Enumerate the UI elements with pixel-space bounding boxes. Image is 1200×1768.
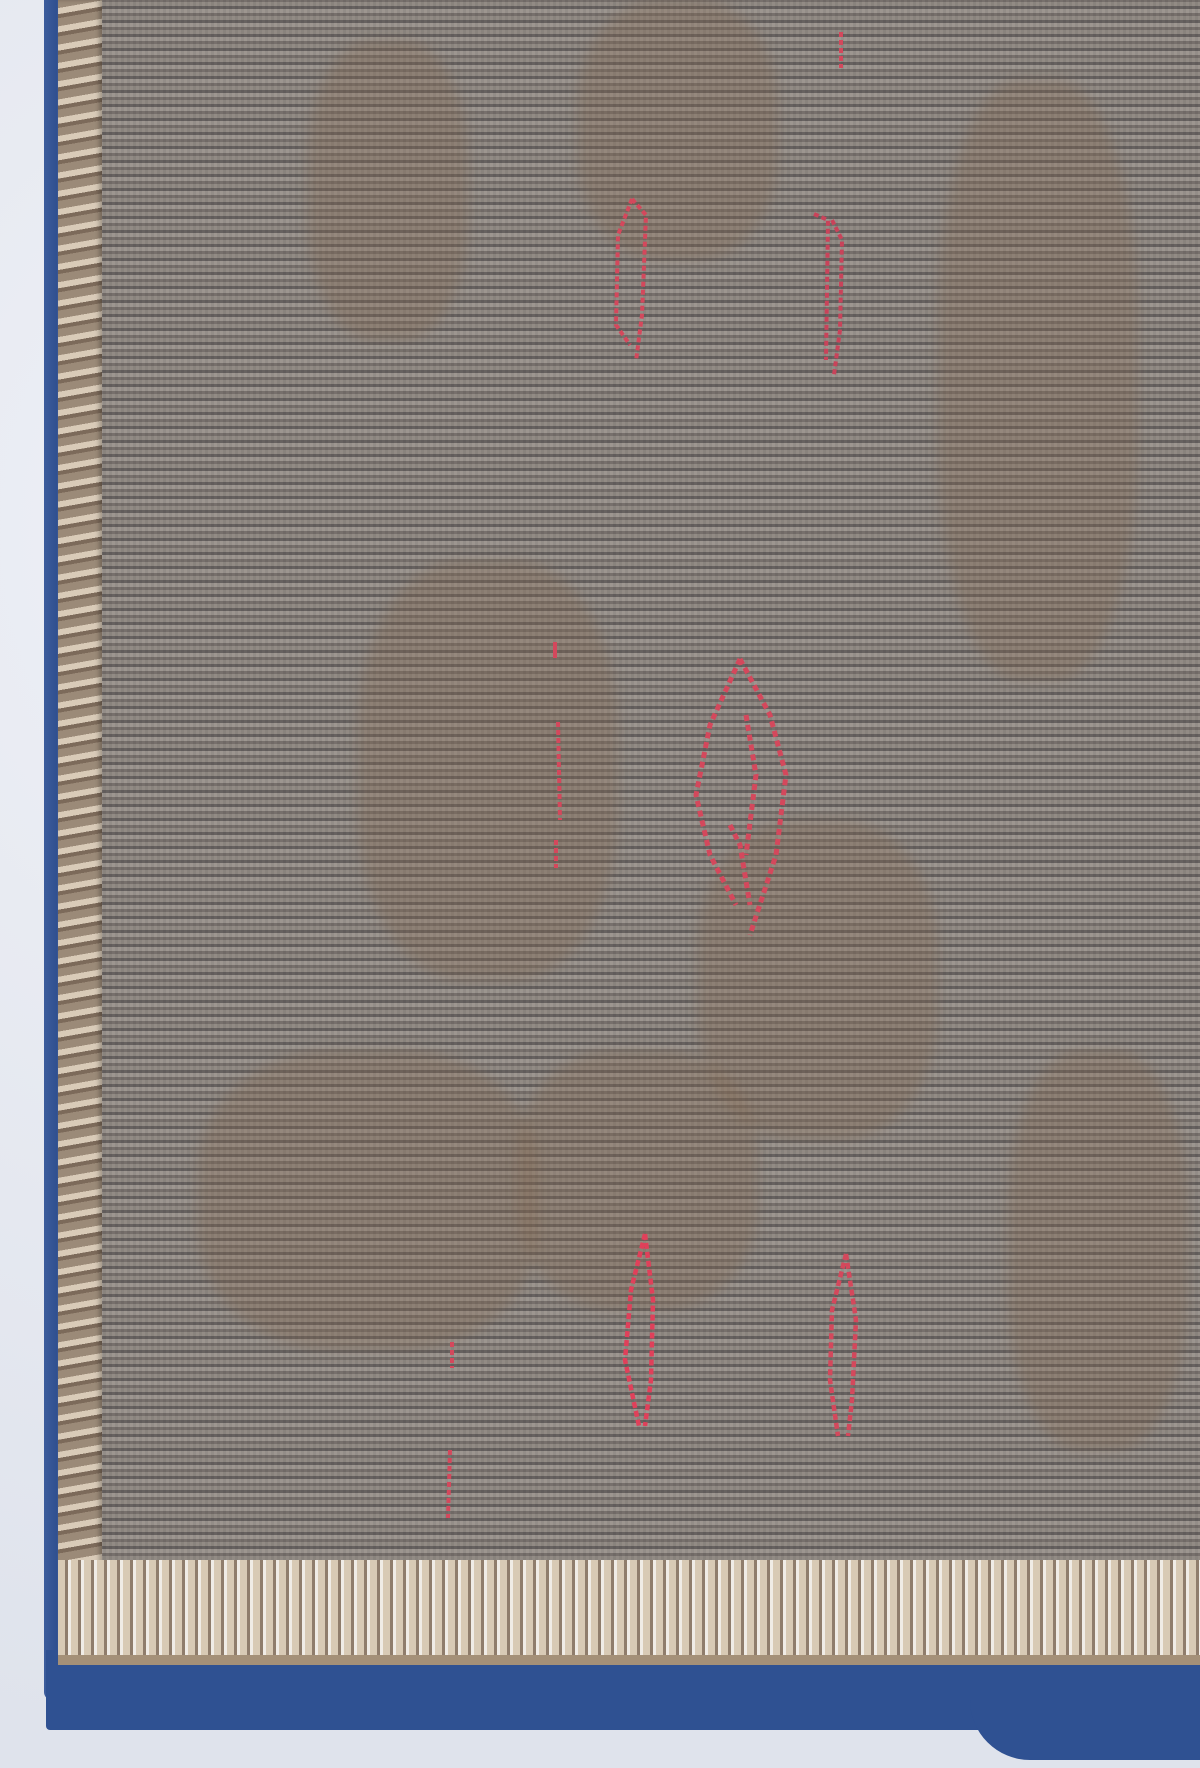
red-dash-motif (548, 720, 568, 870)
brown-pattern-area (578, 0, 778, 260)
rug-selvedge (58, 0, 102, 1665)
red-dash-motif (440, 1340, 460, 1520)
brown-pattern-area (308, 40, 468, 340)
red-dot-motif (836, 30, 846, 70)
brown-pattern-area (358, 560, 618, 980)
brown-pattern-area (938, 80, 1138, 680)
red-lozenge-motif (615, 1230, 665, 1430)
brown-pattern-area (198, 1050, 538, 1350)
red-lozenge-motif (822, 1250, 867, 1440)
red-lozenge-motif (808, 210, 853, 380)
rug-fringe (58, 1560, 1200, 1665)
red-dot-motif (550, 640, 560, 660)
red-diamond-motif (690, 655, 795, 940)
red-lozenge-motif (610, 195, 655, 365)
brown-pattern-area (1008, 1050, 1188, 1450)
